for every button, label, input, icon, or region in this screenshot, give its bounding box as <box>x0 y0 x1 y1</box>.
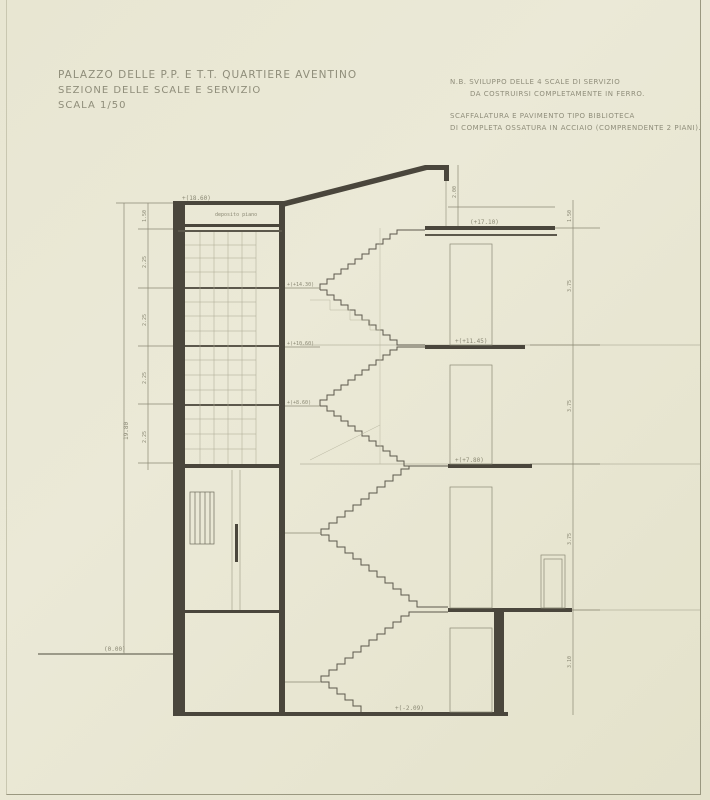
floor-slabs <box>425 226 572 716</box>
door-openings <box>450 244 565 712</box>
left-dim-2: 2.25 <box>142 256 148 268</box>
elevation-ground: (0.00) <box>104 646 126 653</box>
elevation-landing-3: +(+8.60) <box>287 400 311 406</box>
stair-landings <box>285 288 321 682</box>
right-dim-2: 3.75 <box>567 280 573 292</box>
left-dim-4: 2.25 <box>142 372 148 384</box>
stair-flights <box>320 230 448 712</box>
right-dim-5: 3.10 <box>567 656 573 668</box>
elevation-landing-2: +(+10.60) <box>287 341 314 347</box>
parapet-dimension: 2.00 <box>452 186 458 198</box>
elevation-top-left: +(18.60) <box>182 195 211 202</box>
stair-ghost-lines <box>310 228 380 464</box>
elevation-upper-floor: +(+11.45) <box>455 338 488 345</box>
right-dim-3: 3.75 <box>567 400 573 412</box>
left-dim-3: 2.25 <box>142 314 148 326</box>
door-jamb <box>232 470 240 610</box>
elevation-bottom: +(-2.09) <box>395 705 424 712</box>
sloped-roof <box>280 165 449 228</box>
window-grille <box>190 492 214 544</box>
shelving-grid <box>185 232 256 464</box>
left-dim-5: 2.25 <box>142 431 148 443</box>
elevation-top-right: (+17.10) <box>470 219 499 226</box>
section-drawing: deposito piano +(18.60) (+17.10) +(+11.4… <box>0 0 710 800</box>
left-dim-1: 1.50 <box>142 210 148 222</box>
overall-height-dimension: 19.80 <box>123 422 130 440</box>
roof-space-label: deposito piano <box>215 212 257 218</box>
right-dim-1: 1.50 <box>567 210 573 222</box>
elevation-middle-floor: +(+7.80) <box>455 457 484 464</box>
right-dim-4: 3.75 <box>567 533 573 545</box>
elevation-landing-1: +(+14.30) <box>287 282 314 288</box>
